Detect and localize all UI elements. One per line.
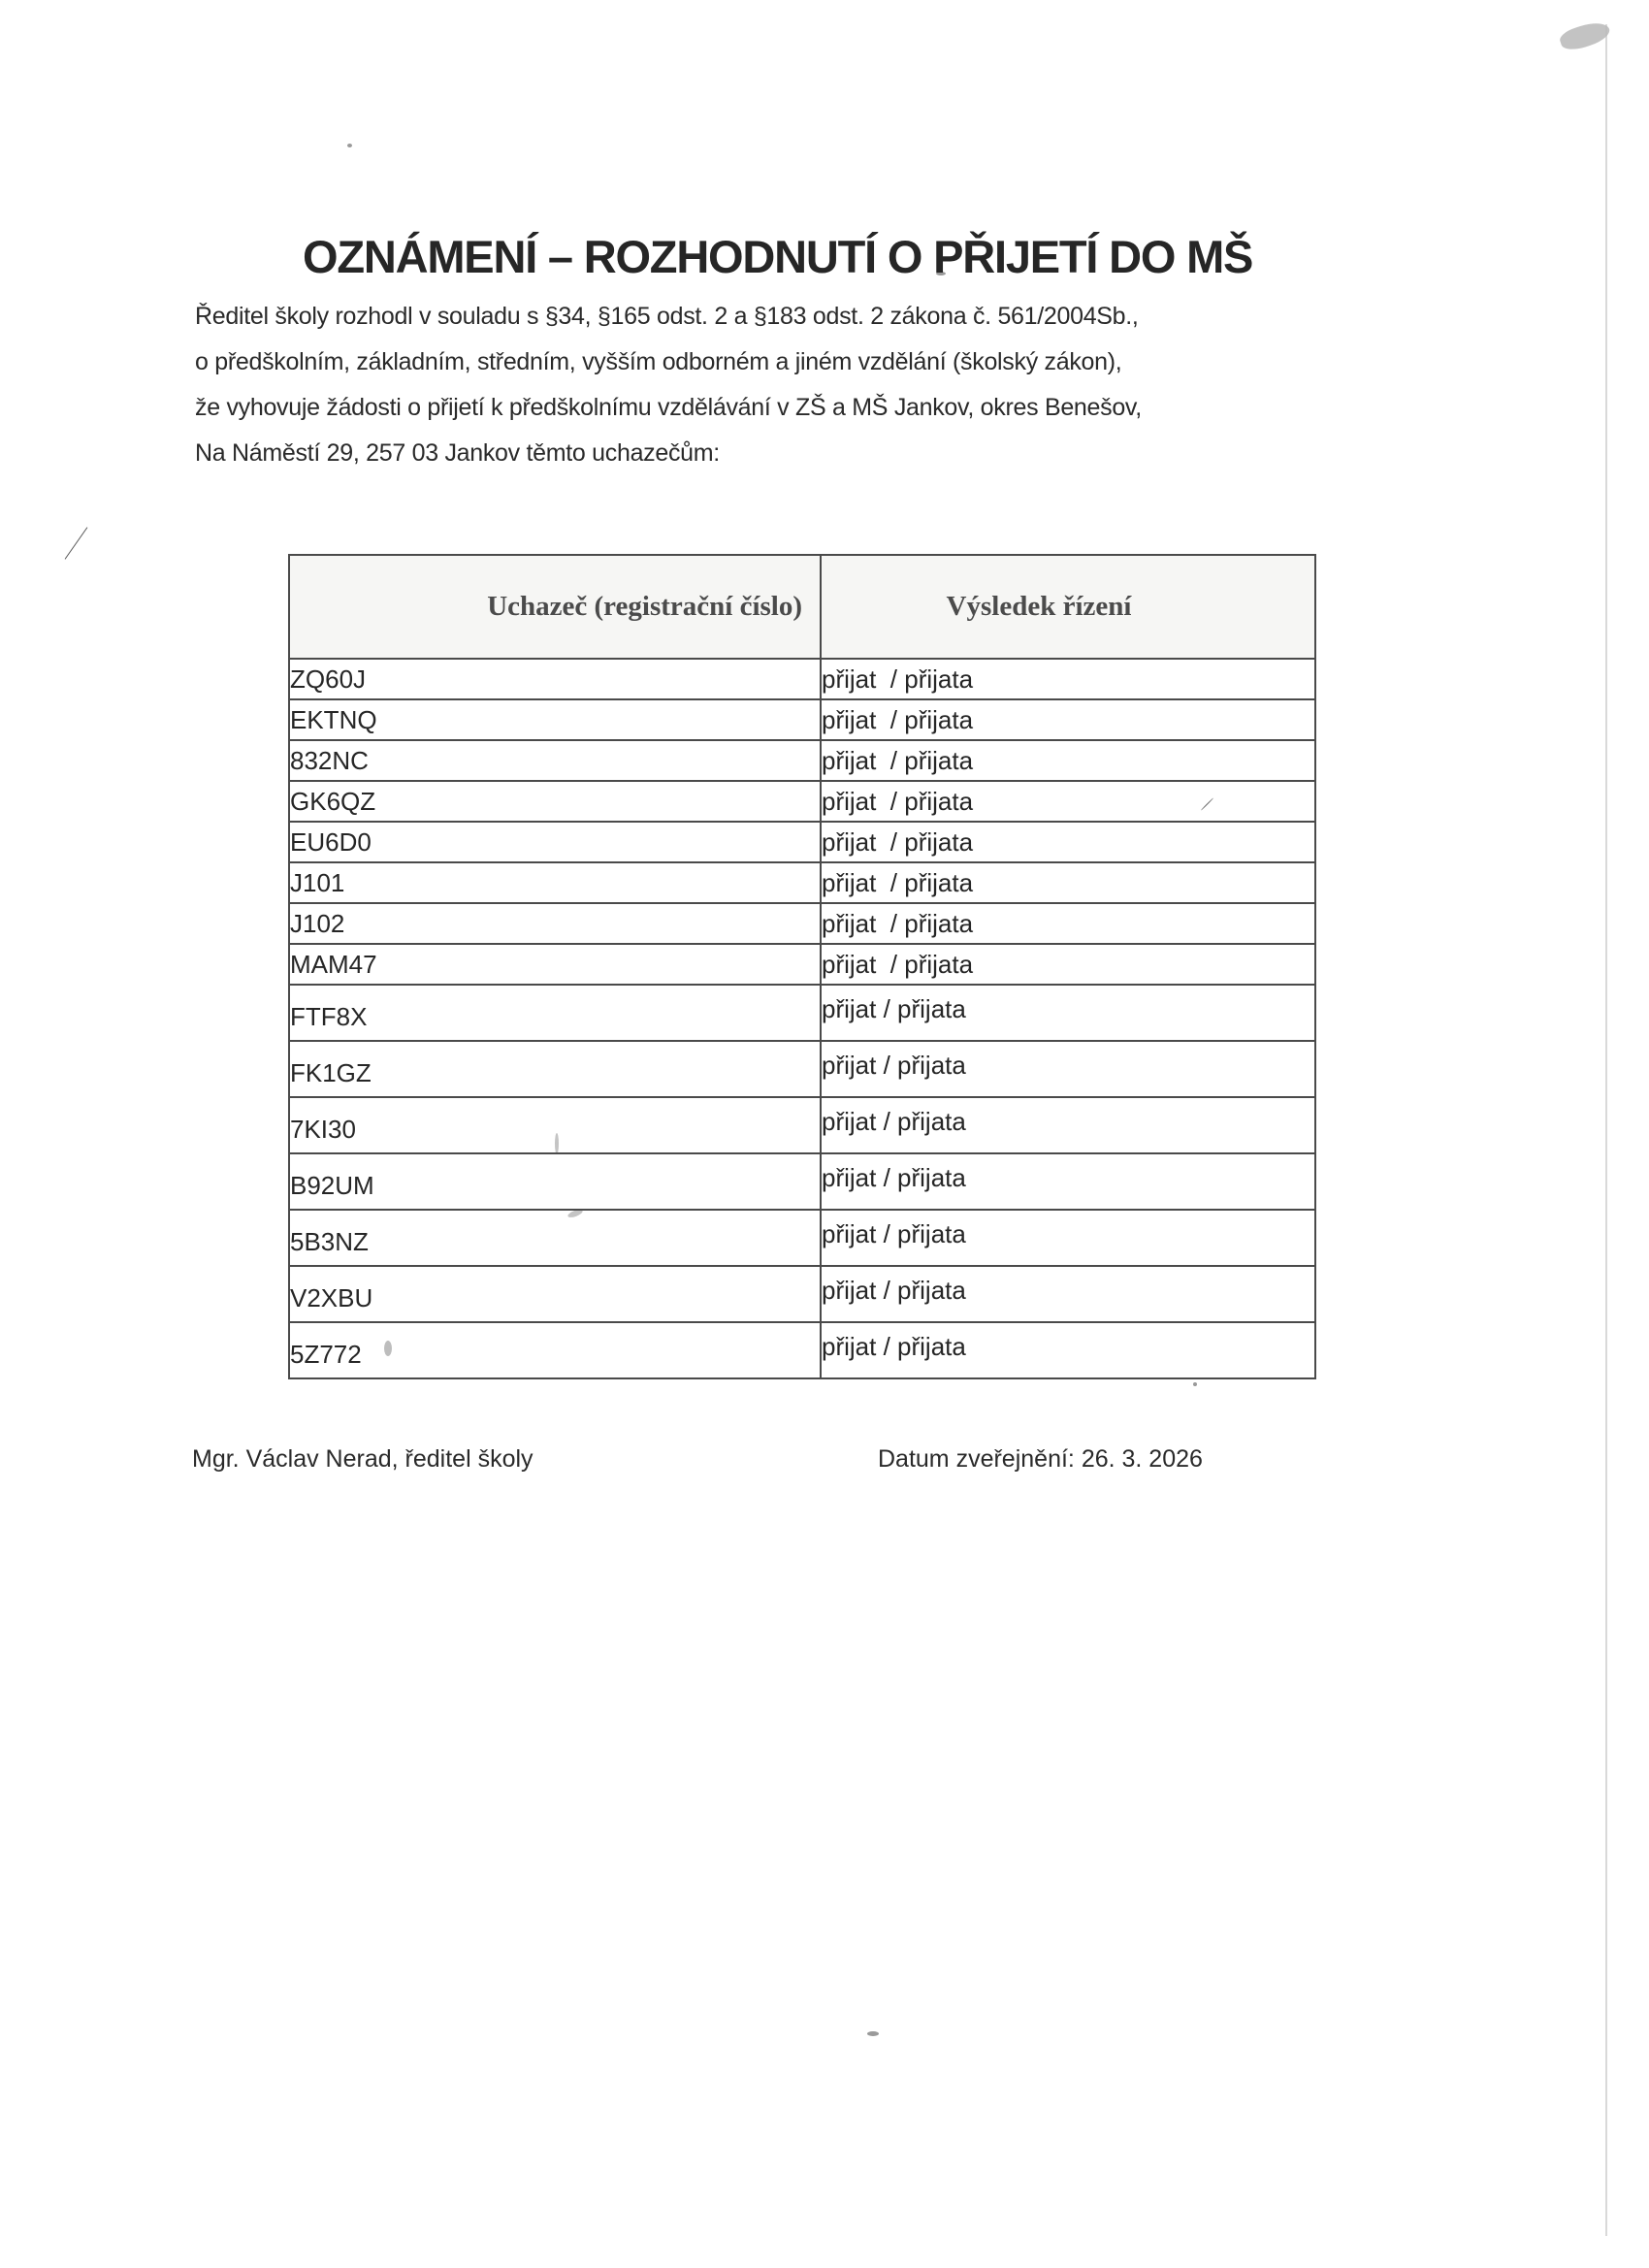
admission-result: přijat / přijata [821, 1266, 1315, 1322]
applicant-code: 7KI30 [289, 1097, 821, 1153]
column-header-result: Výsledek řízení [821, 555, 1315, 659]
admission-result: přijat / přijata [821, 1153, 1315, 1210]
applicant-code: EKTNQ [289, 699, 821, 740]
applicant-code: ZQ60J [289, 659, 821, 699]
admission-result: přijat / přijata [821, 699, 1315, 740]
table-row: FK1GZpřijat / přijata [289, 1041, 1315, 1097]
table-row: MAM47přijat / přijata [289, 944, 1315, 985]
admission-result: přijat / přijata [821, 862, 1315, 903]
admission-result: přijat / přijata [821, 1210, 1315, 1266]
table-row: EU6D0přijat / přijata [289, 822, 1315, 862]
column-header-result-label: Výsledek řízení [947, 592, 1132, 621]
table-row: FTF8Xpřijat / přijata [289, 985, 1315, 1041]
admission-result: přijat / přijata [821, 944, 1315, 985]
signature: Mgr. Václav Nerad, ředitel školy [192, 1445, 533, 1474]
table-row: J102přijat / přijata [289, 903, 1315, 944]
scan-speck [347, 144, 352, 147]
admission-result: přijat / přijata [821, 1097, 1315, 1153]
admission-results-table: Uchazeč (registrační číslo) Výsledek říz… [288, 554, 1316, 1379]
table-row: 7KI30přijat / přijata [289, 1097, 1315, 1153]
admission-result: přijat / přijata [821, 822, 1315, 862]
table-row: 832NCpřijat / přijata [289, 740, 1315, 781]
admission-result: přijat / přijata [821, 1041, 1315, 1097]
admission-result: přijat / přijata [821, 781, 1315, 822]
applicant-code: 5Z772 [289, 1322, 821, 1378]
applicant-code: FK1GZ [289, 1041, 821, 1097]
applicant-code: 832NC [289, 740, 821, 781]
scan-speck [867, 2031, 879, 2036]
applicant-code: FTF8X [289, 985, 821, 1041]
intro-line: o předškolním, základním, středním, vyšš… [195, 340, 1398, 385]
admission-result: přijat / přijata [821, 1322, 1315, 1378]
applicant-code: MAM47 [289, 944, 821, 985]
intro-paragraph: Ředitel školy rozhodl v souladu s §34, §… [195, 294, 1398, 476]
table-row: 5B3NZpřijat / přijata [289, 1210, 1315, 1266]
scan-pen-mark [65, 527, 88, 559]
admission-result: přijat / přijata [821, 903, 1315, 944]
table-row: V2XBUpřijat / přijata [289, 1266, 1315, 1322]
applicant-code: J102 [289, 903, 821, 944]
scan-edge-line [1605, 24, 1607, 2236]
intro-line: Ředitel školy rozhodl v souladu s §34, §… [195, 294, 1398, 340]
publication-date: Datum zveřejnění: 26. 3. 2026 [878, 1445, 1203, 1474]
applicant-code: EU6D0 [289, 822, 821, 862]
applicant-code: J101 [289, 862, 821, 903]
column-header-applicant: Uchazeč (registrační číslo) [289, 555, 821, 659]
admission-result: přijat / přijata [821, 985, 1315, 1041]
table-header-row: Uchazeč (registrační číslo) Výsledek říz… [289, 555, 1315, 659]
table-row: J101přijat / přijata [289, 862, 1315, 903]
admission-result: přijat / přijata [821, 740, 1315, 781]
page-title: OZNÁMENÍ – ROZHODNUTÍ O PŘIJETÍ DO MŠ [303, 230, 1311, 283]
applicant-code: B92UM [289, 1153, 821, 1210]
table-row: ZQ60Jpřijat / přijata [289, 659, 1315, 699]
table-row: GK6QZpřijat / přijata [289, 781, 1315, 822]
table-row: B92UMpřijat / přijata [289, 1153, 1315, 1210]
scan-smudge [1558, 18, 1612, 54]
applicant-code: V2XBU [289, 1266, 821, 1322]
intro-line: Na Náměstí 29, 257 03 Jankov těmto uchaz… [195, 431, 1398, 476]
admission-result: přijat / přijata [821, 659, 1315, 699]
applicant-code: GK6QZ [289, 781, 821, 822]
table-row: 5Z772přijat / přijata [289, 1322, 1315, 1378]
applicant-code: 5B3NZ [289, 1210, 821, 1266]
table-row: EKTNQpřijat / přijata [289, 699, 1315, 740]
scan-speck [1193, 1382, 1197, 1386]
intro-line: že vyhovuje žádosti o přijetí k předškol… [195, 385, 1398, 431]
column-header-applicant-label: Uchazeč (registrační číslo) [487, 592, 802, 621]
